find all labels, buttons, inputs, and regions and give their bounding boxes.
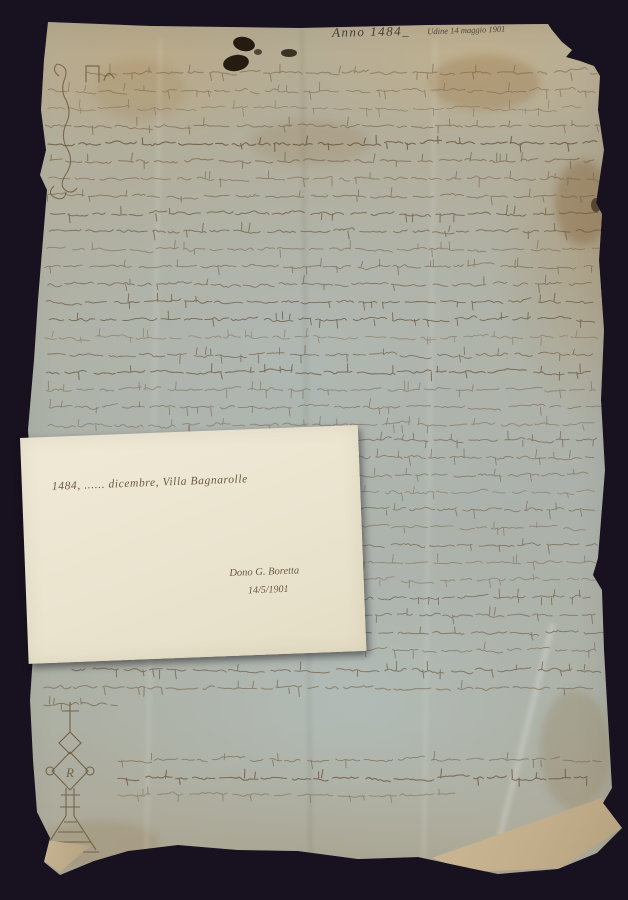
- card-signature-date: 14/5/1901: [248, 584, 289, 597]
- card-caption: 1484, ...... dicembre, Villa Bagnarolle: [52, 473, 248, 493]
- annotation-year: Anno 1484_: [332, 23, 411, 41]
- annotation-donation-note: Dono Co. Giulio Boretta Udine 14 maggio …: [424, 13, 509, 38]
- svg-text:R: R: [65, 765, 74, 780]
- donation-note-line1: Dono Co. Giulio Boretta: [424, 13, 509, 27]
- card-signature: Dono G. Boretta: [229, 565, 299, 579]
- notary-signum-icon: R: [42, 702, 99, 852]
- photo-backdrop: R Anno 1484_ Dono Co. Giulio Boretta Udi…: [0, 0, 628, 900]
- archival-card: 1484, ...... dicembre, Villa Bagnarolle …: [20, 425, 366, 664]
- ink-blot: [222, 35, 601, 212]
